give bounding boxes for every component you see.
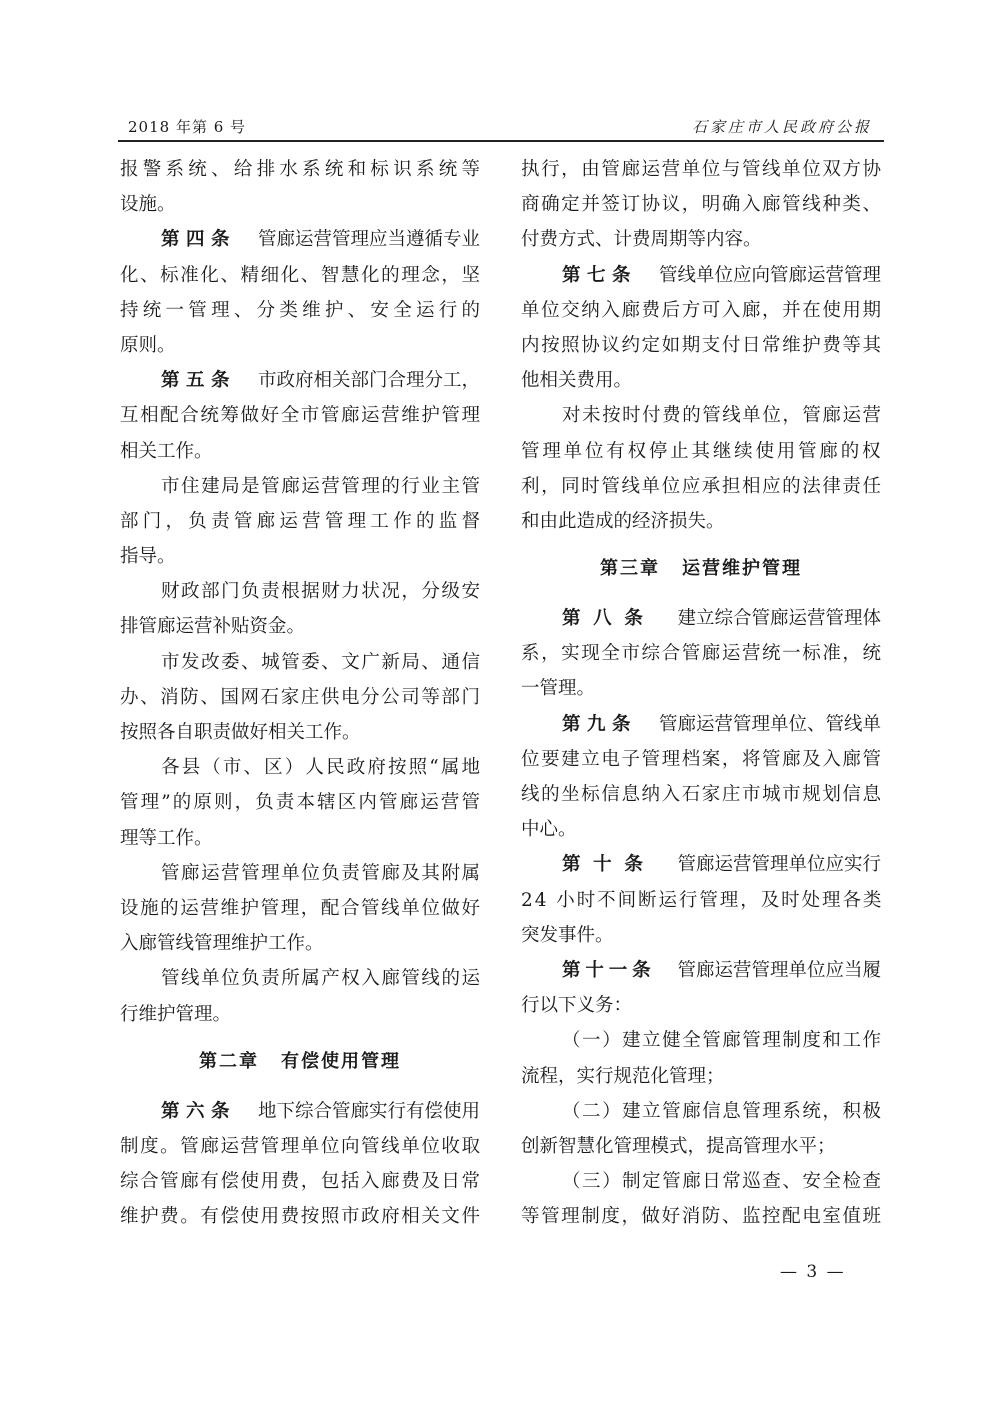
text-line: 单位交纳入廊费后方可入廊，并在使用期 (521, 293, 881, 328)
line-text: 报警系统、给排水系统和标识系统等 (120, 152, 480, 187)
text-line: 24 小时不间断运行管理，及时处理各类 (521, 883, 881, 918)
article-number: 第八条 (562, 608, 655, 629)
chapter-number: 第三章 (600, 558, 660, 579)
text-line: 第四条管廊运营管理应当遵循专业 (120, 222, 480, 257)
right-column: 执行，由管廊运营单位与管线单位双方协商确定并签订协议，明确入廊管线种类、付费方式… (521, 152, 881, 1234)
line-text: （二）建立管廊信息管理系统，积极 (562, 1094, 881, 1129)
text-line: 行维护管理。 (120, 997, 480, 1032)
line-text: 行以下义务： (521, 995, 632, 1016)
line-text: 流程，实行规范化管理； (521, 1066, 725, 1087)
text-line: 设施。 (120, 187, 480, 222)
publication-title: 石家庄市人民政府公报 (692, 116, 872, 137)
text-line: 综合管廊有偿使用费，包括入廊费及日常 (120, 1164, 480, 1199)
line-text: 维护费。有偿使用费按照市政府相关文件 (120, 1199, 480, 1234)
line-text: 他相关费用。 (521, 370, 632, 391)
chapter-heading: 第三章运营维护管理 (521, 549, 881, 601)
text-line: 和由此造成的经济损失。 (521, 504, 881, 539)
text-line: 内按照协议约定如期支付日常维护费等其 (521, 328, 881, 363)
text-line: 线的坐标信息纳入石家庄市城市规划信息 (521, 777, 881, 812)
page-number: — 3 — (780, 1262, 846, 1282)
text-line: 突发事件。 (521, 918, 881, 953)
line-text: 线的坐标信息纳入石家庄市城市规划信息 (521, 777, 881, 812)
line-text: 单位交纳入廊费后方可入廊，并在使用期 (521, 293, 881, 328)
text-line: 商确定并签订协议，明确入廊管线种类、 (521, 187, 881, 222)
line-text: 对未按时付费的管线单位，管廊运营 (562, 398, 881, 433)
text-line: （二）建立管廊信息管理系统，积极 (521, 1094, 881, 1129)
text-line: 财政部门负责根据财力状况，分级安 (120, 574, 480, 609)
text-line: 第八条建立综合管廊运营管理体 (521, 601, 881, 636)
text-line: 流程，实行规范化管理； (521, 1059, 881, 1094)
line-text: 市政府相关部门合理分工， (258, 363, 480, 398)
text-line: 互相配合统筹做好全市管廊运营维护管理 (120, 398, 480, 433)
line-text: 位要建立电子管理档案，将管廊及入廊管 (521, 742, 881, 777)
text-line: 他相关费用。 (521, 363, 881, 398)
text-line: 指导。 (120, 539, 480, 574)
line-text: 指导。 (120, 546, 176, 567)
text-line: 相关工作。 (120, 434, 480, 469)
text-line: 办、消防、国网石家庄供电分公司等部门 (120, 680, 480, 715)
text-line: （三）制定管廊日常巡查、安全检查 (521, 1164, 881, 1199)
line-text: 突发事件。 (521, 925, 614, 946)
article-number: 第十一条 (562, 960, 655, 981)
text-line: 排管廊运营补贴资金。 (120, 609, 480, 644)
line-text: 设施。 (120, 194, 176, 215)
text-line: 第七条管线单位应向管廊运营管理 (521, 258, 881, 293)
chapter-number: 第二章 (199, 1051, 259, 1072)
text-line: 第六条地下综合管廊实行有偿使用 (120, 1094, 480, 1129)
text-line: 管理”的原则，负责本辖区内管廊运营管 (120, 785, 480, 820)
line-text: 24 小时不间断运行管理，及时处理各类 (521, 883, 881, 918)
line-text: 持统一管理、分类维护、安全运行的 (120, 293, 480, 328)
text-line: 报警系统、给排水系统和标识系统等 (120, 152, 480, 187)
line-text: 一管理。 (521, 678, 595, 699)
article-number: 第六条 (161, 1101, 236, 1122)
text-line: 付费方式、计费周期等内容。 (521, 222, 881, 257)
line-text: 管廊运营管理单位应实行 (677, 847, 881, 882)
line-text: 管理”的原则，负责本辖区内管廊运营管 (120, 785, 480, 820)
line-text: 办、消防、国网石家庄供电分公司等部门 (120, 680, 480, 715)
line-text: 化、标准化、精细化、智慧化的理念，坚 (120, 258, 480, 293)
line-text: 管廊运营管理单位、管线单 (659, 707, 881, 742)
text-line: 理等工作。 (120, 821, 480, 856)
line-text: 相关工作。 (120, 441, 213, 462)
line-text: 管廊运营管理单位应当履 (677, 953, 881, 988)
line-text: 市住建局是管廊运营管理的行业主管 (161, 469, 480, 504)
line-text: （一）建立健全管廊管理制度和工作 (562, 1023, 881, 1058)
line-text: 等管理制度，做好消防、监控配电室值班 (521, 1199, 881, 1234)
line-text: 和由此造成的经济损失。 (521, 511, 725, 532)
line-text: 管线单位负责所属产权入廊管线的运 (161, 961, 480, 996)
line-text: 商确定并签订协议，明确入廊管线种类、 (521, 187, 881, 222)
text-line: 创新智慧化管理模式，提高管理水平； (521, 1129, 881, 1164)
text-line: 市住建局是管廊运营管理的行业主管 (120, 469, 480, 504)
line-text: 制度。管廊运营管理单位向管线单位收取 (120, 1129, 480, 1164)
text-line: 利，同时管线单位应承担相应的法律责任 (521, 469, 881, 504)
line-text: 各县（市、区）人民政府按照“属地 (161, 750, 480, 785)
line-text: 排管廊运营补贴资金。 (120, 616, 305, 637)
line-text: 中心。 (521, 819, 577, 840)
text-line: 执行，由管廊运营单位与管线单位双方协 (521, 152, 881, 187)
issue-label: 2018 年第 6 号 (128, 116, 246, 137)
text-line: 维护费。有偿使用费按照市政府相关文件 (120, 1199, 480, 1234)
line-text: 行维护管理。 (120, 1004, 231, 1025)
text-line: 设施的运营维护管理，配合管线单位做好 (120, 891, 480, 926)
text-line: 第五条市政府相关部门合理分工， (120, 363, 480, 398)
line-text: 部门，负责管廊运营管理工作的监督 (120, 504, 480, 539)
text-line: 市发改委、城管委、文广新局、通信 (120, 645, 480, 680)
text-line: 系，实现全市综合管廊运营统一标准，统 (521, 636, 881, 671)
text-line: 行以下义务： (521, 988, 881, 1023)
text-line: 第十一条管廊运营管理单位应当履 (521, 953, 881, 988)
text-line: 对未按时付费的管线单位，管廊运营 (521, 398, 881, 433)
text-line: 化、标准化、精细化、智慧化的理念，坚 (120, 258, 480, 293)
chapter-title: 运营维护管理 (682, 558, 802, 579)
line-text: 理等工作。 (120, 828, 213, 849)
chapter-heading: 第二章有偿使用管理 (120, 1042, 480, 1094)
line-text: 按照各自职责做好相关工作。 (120, 722, 361, 743)
text-line: 按照各自职责做好相关工作。 (120, 715, 480, 750)
left-column: 报警系统、给排水系统和标识系统等设施。第四条管廊运营管理应当遵循专业化、标准化、… (120, 152, 480, 1234)
text-line: 各县（市、区）人民政府按照“属地 (120, 750, 480, 785)
line-text: 综合管廊有偿使用费，包括入廊费及日常 (120, 1164, 480, 1199)
text-line: 中心。 (521, 812, 881, 847)
line-text: 管理单位有权停止其继续使用管廊的权 (521, 434, 881, 469)
line-text: 管廊运营管理应当遵循专业 (258, 222, 480, 257)
article-number: 第五条 (161, 370, 236, 391)
text-line: 持统一管理、分类维护、安全运行的 (120, 293, 480, 328)
line-text: 管廊运营管理单位负责管廊及其附属 (161, 856, 480, 891)
text-line: 第十条管廊运营管理单位应实行 (521, 847, 881, 882)
text-line: 第九条管廊运营管理单位、管线单 (521, 707, 881, 742)
line-text: 市发改委、城管委、文广新局、通信 (161, 645, 480, 680)
line-text: 付费方式、计费周期等内容。 (521, 229, 762, 250)
article-number: 第九条 (562, 714, 637, 735)
text-line: 等管理制度，做好消防、监控配电室值班 (521, 1199, 881, 1234)
text-line: 部门，负责管廊运营管理工作的监督 (120, 504, 480, 539)
line-text: 设施的运营维护管理，配合管线单位做好 (120, 891, 480, 926)
text-line: 原则。 (120, 328, 480, 363)
text-line: 管理单位有权停止其继续使用管廊的权 (521, 434, 881, 469)
text-line: 一管理。 (521, 671, 881, 706)
header-divider (118, 140, 884, 142)
line-text: 原则。 (120, 335, 176, 356)
text-line: 入廊管线管理维护工作。 (120, 926, 480, 961)
text-line: （一）建立健全管廊管理制度和工作 (521, 1023, 881, 1058)
article-number: 第七条 (562, 265, 637, 286)
text-line: 制度。管廊运营管理单位向管线单位收取 (120, 1129, 480, 1164)
line-text: 执行，由管廊运营单位与管线单位双方协 (521, 152, 881, 187)
line-text: 财政部门负责根据财力状况，分级安 (161, 574, 480, 609)
line-text: （三）制定管廊日常巡查、安全检查 (562, 1164, 881, 1199)
line-text: 入廊管线管理维护工作。 (120, 933, 324, 954)
article-number: 第四条 (161, 229, 236, 250)
text-line: 位要建立电子管理档案，将管廊及入廊管 (521, 742, 881, 777)
line-text: 建立综合管廊运营管理体 (677, 601, 881, 636)
line-text: 系，实现全市综合管廊运营统一标准，统 (521, 636, 881, 671)
running-header: 2018 年第 6 号 石家庄市人民政府公报 (118, 116, 884, 142)
line-text: 管线单位应向管廊运营管理 (659, 258, 881, 293)
chapter-title: 有偿使用管理 (281, 1051, 401, 1072)
article-number: 第十条 (562, 854, 655, 875)
line-text: 内按照协议约定如期支付日常维护费等其 (521, 328, 881, 363)
line-text: 地下综合管廊实行有偿使用 (258, 1094, 480, 1129)
line-text: 利，同时管线单位应承担相应的法律责任 (521, 469, 881, 504)
text-line: 管线单位负责所属产权入廊管线的运 (120, 961, 480, 996)
text-line: 管廊运营管理单位负责管廊及其附属 (120, 856, 480, 891)
line-text: 互相配合统筹做好全市管廊运营维护管理 (120, 398, 480, 433)
line-text: 创新智慧化管理模式，提高管理水平； (521, 1136, 836, 1157)
